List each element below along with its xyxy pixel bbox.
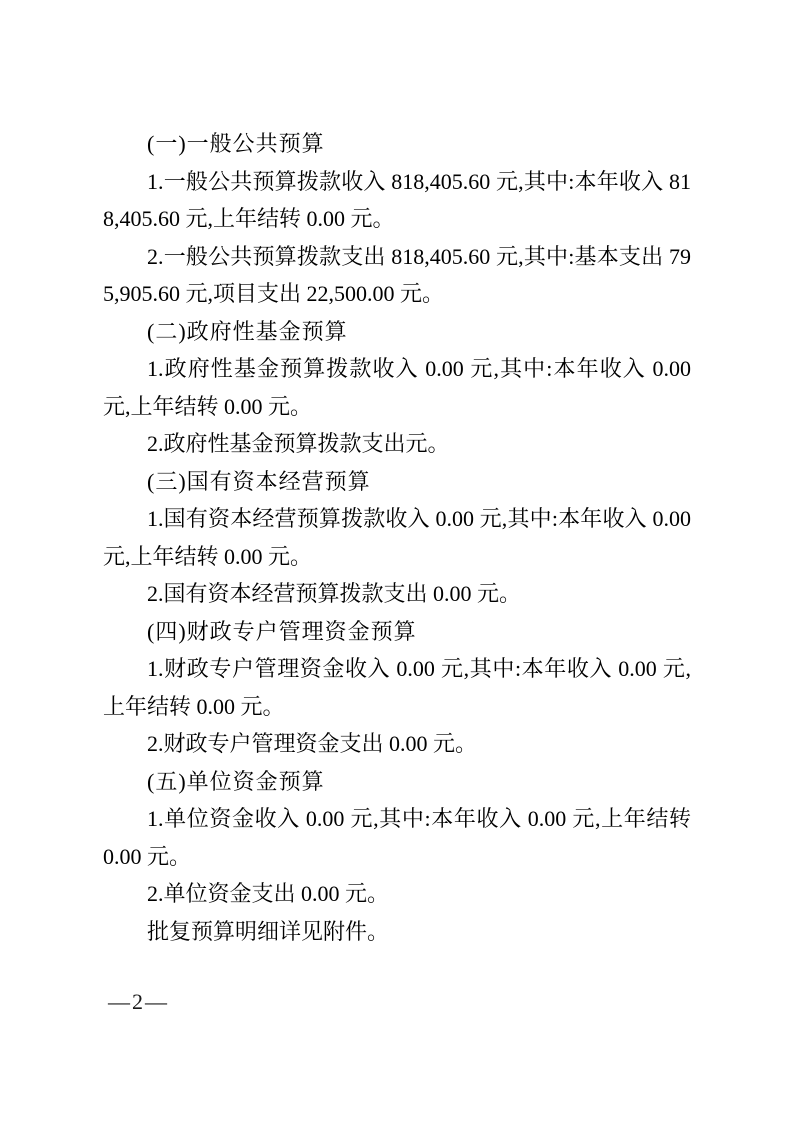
document-body: (一)一般公共预算1.一般公共预算拨款收入 818,405.60 元,其中:本年… [103, 125, 691, 950]
section-heading: (四)财政专户管理资金预算 [103, 613, 691, 651]
paragraph: 1.单位资金收入 0.00 元,其中:本年收入 0.00 元,上年结转 0.00… [103, 800, 691, 875]
section-heading: (五)单位资金预算 [103, 763, 691, 801]
paragraph: 1.政府性基金预算拨款收入 0.00 元,其中:本年收入 0.00 元,上年结转… [103, 350, 691, 425]
paragraph: 批复预算明细详见附件。 [103, 913, 691, 951]
paragraph: 1.财政专户管理资金收入 0.00 元,其中:本年收入 0.00 元,上年结转 … [103, 650, 691, 725]
page-number: —2— [108, 989, 169, 1015]
section-heading: (一)一般公共预算 [103, 125, 691, 163]
section-heading: (三)国有资本经营预算 [103, 463, 691, 501]
paragraph: 2.单位资金支出 0.00 元。 [103, 875, 691, 913]
paragraph: 1.国有资本经营预算拨款收入 0.00 元,其中:本年收入 0.00 元,上年结… [103, 500, 691, 575]
paragraph: 2.一般公共预算拨款支出 818,405.60 元,其中:基本支出 795,90… [103, 238, 691, 313]
paragraph: 1.一般公共预算拨款收入 818,405.60 元,其中:本年收入 818,40… [103, 163, 691, 238]
section-heading: (二)政府性基金预算 [103, 313, 691, 351]
paragraph: 2.政府性基金预算拨款支出元。 [103, 425, 691, 463]
paragraph: 2.财政专户管理资金支出 0.00 元。 [103, 725, 691, 763]
document-page: (一)一般公共预算1.一般公共预算拨款收入 818,405.60 元,其中:本年… [0, 0, 793, 1122]
paragraph: 2.国有资本经营预算拨款支出 0.00 元。 [103, 575, 691, 613]
